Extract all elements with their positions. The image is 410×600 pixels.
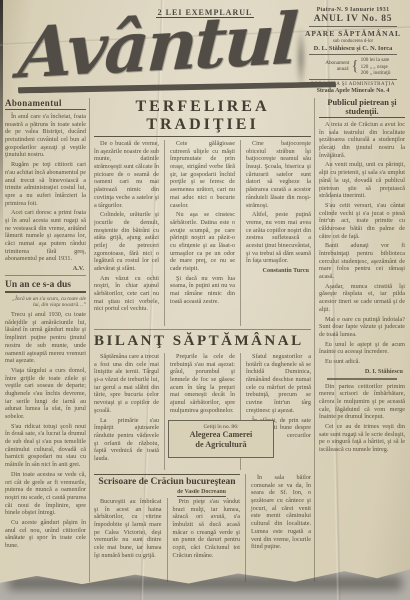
byline-text: de Vasile Docreanu bbox=[177, 489, 226, 497]
continuation-column: În sala băilor comunale se va da, în sea… bbox=[246, 474, 311, 582]
article-title-un-an: Un an ce s-a dus bbox=[5, 280, 86, 293]
text-column: Săptămâna care a trecut a fost una din c… bbox=[94, 353, 159, 470]
column-divider bbox=[314, 98, 315, 582]
body-paragraph: La primărie s'au împărţit ajutoarele rân… bbox=[94, 417, 159, 463]
promo-box: Cetiţi în no. 86: Alegerea Camerei de Ag… bbox=[168, 420, 274, 458]
text-column: Prin pieţe s'au vândut brazi mulţi, iar … bbox=[167, 498, 241, 582]
bottom-row: Scrisoare de Crăciun bucureştean de Vasi… bbox=[94, 474, 311, 582]
column-divider bbox=[89, 98, 90, 582]
body-paragraph: Şi dacă nu vom lua seama, în puţini ani … bbox=[170, 275, 235, 306]
body-paragraph: Bucureştii au îmbrăcat şi în acest an ha… bbox=[94, 498, 162, 560]
text-column: De o bucată de vreme, în aşezările noast… bbox=[94, 140, 159, 326]
body-paragraph: Eu sunt adică. bbox=[319, 358, 405, 366]
body-paragraph: Altfel, peste puţină vreme, nu vom mai a… bbox=[246, 211, 311, 265]
article-byline: de Vasile Docreanu bbox=[94, 489, 226, 495]
divider bbox=[309, 54, 397, 55]
address-line: Strada Apele Minerale No. 4 bbox=[299, 88, 407, 94]
body-paragraph: De o bucată de vreme, în aşezările noast… bbox=[94, 140, 159, 209]
body-paragraph: Din toate acestea se vede că, ori cât de… bbox=[5, 471, 86, 517]
dateline: Piatra-N. 9 Ianuarie 1931 bbox=[299, 7, 407, 13]
article-signature: A.V. bbox=[5, 265, 84, 272]
headline-scrisoare: Scrisoare de Crăciun bucureştean bbox=[94, 474, 240, 487]
body-paragraph: Prin pieţe s'au vândut brazi mulţi, iar … bbox=[173, 498, 241, 560]
right-column: Publicul pietrean şi studenţii. A treia … bbox=[319, 98, 405, 582]
article-title-publicul: Publicul pietrean şi studenţii. bbox=[319, 98, 405, 118]
body-paragraph: În anul care s'a încheiat, foaia noastră… bbox=[5, 113, 86, 159]
body-paragraph: Aşadar, munca cinstită îşi găseşte răspl… bbox=[319, 283, 405, 314]
body-paragraph: S'au cetit versuri, s'au cântat colinde … bbox=[319, 202, 405, 240]
article-body: Trecu şi anul 1930, cu toate nădejdile ş… bbox=[5, 311, 86, 550]
subscription-label: Abonament anual: bbox=[315, 61, 349, 72]
section-rule bbox=[94, 329, 311, 330]
body-paragraph: Săptămâna care a trecut a fost una din c… bbox=[94, 353, 159, 415]
divider bbox=[309, 79, 397, 80]
body-paragraph: Am văzut cu ochii noştri, în chiar ajunu… bbox=[94, 275, 159, 313]
text-column: Bucureştii au îmbrăcat şi în acest an ha… bbox=[94, 498, 162, 582]
body-paragraph: Cete gălăgioase cutreeră uliţele cu măşt… bbox=[170, 140, 235, 209]
body-paragraph: Colindele, urăturile şi jocurile de demu… bbox=[94, 211, 159, 273]
body-paragraph: Rugăm pe toţi cititorii cari n'au achita… bbox=[5, 161, 86, 207]
promo-line: de Agricultură bbox=[172, 440, 270, 450]
article-body: În anul care s'a încheiat, foaia noastră… bbox=[5, 113, 86, 263]
body-paragraph: Sfatul negustorilor a hotărît ca dughene… bbox=[246, 353, 311, 415]
body-paragraph: Mai e oare cu putinţă îndoiala? Sunt doa… bbox=[319, 316, 405, 339]
body-paragraph: Au venit mulţi, unii cu părinţii, alţii … bbox=[319, 161, 405, 199]
body-paragraph: Nu aşa se cinstesc sărbătorile. Datina e… bbox=[170, 211, 235, 273]
terfelirea-columns: De o bucată de vreme, în aşezările noast… bbox=[94, 140, 311, 326]
frequency-line: APARE SĂPTĂMÂNAL bbox=[299, 29, 407, 38]
text-column: Cine batjocoreşte obiceiul străbun îşi b… bbox=[240, 140, 311, 326]
article-epigraph: „Încă un an s'a scurs, cu toate ale lui,… bbox=[5, 296, 86, 308]
article-body: A treia zi de Crăciun a avut loc în sala… bbox=[319, 121, 405, 366]
article-signature: D. I. Stăhiescu bbox=[319, 368, 403, 375]
photo-edge bbox=[0, 0, 3, 240]
body-paragraph: Din partea cetitorilor primim mereu scri… bbox=[319, 383, 405, 421]
left-column: Abonamentul În anul care s'a încheiat, f… bbox=[5, 98, 86, 582]
body-paragraph: Cei ce au de trimes veşti din sate sunt … bbox=[319, 423, 405, 454]
direction-line: sub conducerea d-lor bbox=[299, 39, 407, 44]
promo-line: Alegerea Camerei bbox=[172, 430, 270, 440]
masthead-infobox: Piatra-N. 9 Ianuarie 1931 ANUL IV No. 85… bbox=[299, 7, 407, 94]
scrisoare-article: Scrisoare de Crăciun bucureştean de Vasi… bbox=[94, 474, 246, 582]
headline-bilant: BILANŢ SĂPTĂMÂNAL bbox=[94, 333, 311, 350]
section-rule bbox=[5, 275, 86, 276]
body-paragraph: Cu aceste gânduri păşim în anul cel nou,… bbox=[5, 519, 86, 550]
subscription-rates: 100 lei la sate 120 „ „ oraşe 200 „ inst… bbox=[361, 57, 391, 77]
scrisoare-columns: Bucureştii au îmbrăcat şi în acest an ha… bbox=[94, 498, 240, 582]
body-paragraph: Cine batjocoreşte obiceiul străbun îşi b… bbox=[246, 140, 311, 209]
divider bbox=[309, 26, 397, 27]
directors-names: D. L. Stăhiescu şi C. N. Iorca bbox=[299, 45, 407, 52]
text-column: Cete gălăgioase cutreeră uliţele cu măşt… bbox=[164, 140, 235, 326]
headline-terfelirea: TERFELIREA TRADIŢIEI bbox=[94, 98, 311, 137]
section-rule bbox=[327, 378, 397, 380]
body-paragraph: În sala băilor comunale se va da, în sea… bbox=[251, 474, 311, 551]
rate-line: 100 lei la sate bbox=[361, 57, 391, 64]
article-title-abonamentul: Abonamentul bbox=[5, 98, 86, 110]
brace-glyph: { bbox=[351, 58, 358, 75]
body-paragraph: A treia zi de Crăciun a avut loc în sala… bbox=[319, 121, 405, 159]
rate-line: 200 „ instituţii bbox=[361, 70, 391, 77]
body-paragraph: Trecu şi anul 1930, cu toate nădejdile ş… bbox=[5, 311, 86, 365]
subscription-box: Abonament anual: { 100 lei la sate 120 „… bbox=[299, 57, 407, 77]
issue-number: ANUL IV No. 85 bbox=[299, 14, 407, 24]
body-paragraph: Banii adunaţi vor fi întrebuinţaţi pentr… bbox=[319, 242, 405, 280]
body-paragraph: Viaţa târgului a curs domol, între griji… bbox=[5, 367, 86, 421]
body-paragraph: S'au ridicat totuşi şcoli noui în două s… bbox=[5, 423, 86, 469]
body-paragraph: Acei cari doresc a primi foaia şi în anu… bbox=[5, 209, 86, 263]
center-section: TERFELIREA TRADIŢIEI De o bucată de vrem… bbox=[94, 98, 311, 582]
masthead-title: Avântul bbox=[2, 0, 312, 96]
body-paragraph: Preţurile la cele de trebuinţă s'au mai … bbox=[170, 353, 235, 415]
article-body: Din partea cetitorilor primim mereu scri… bbox=[319, 383, 405, 454]
article-signature: Constantin Turcu bbox=[246, 267, 309, 275]
body-paragraph: Eu unul le aştept şi de acum înainte cu … bbox=[319, 341, 405, 356]
